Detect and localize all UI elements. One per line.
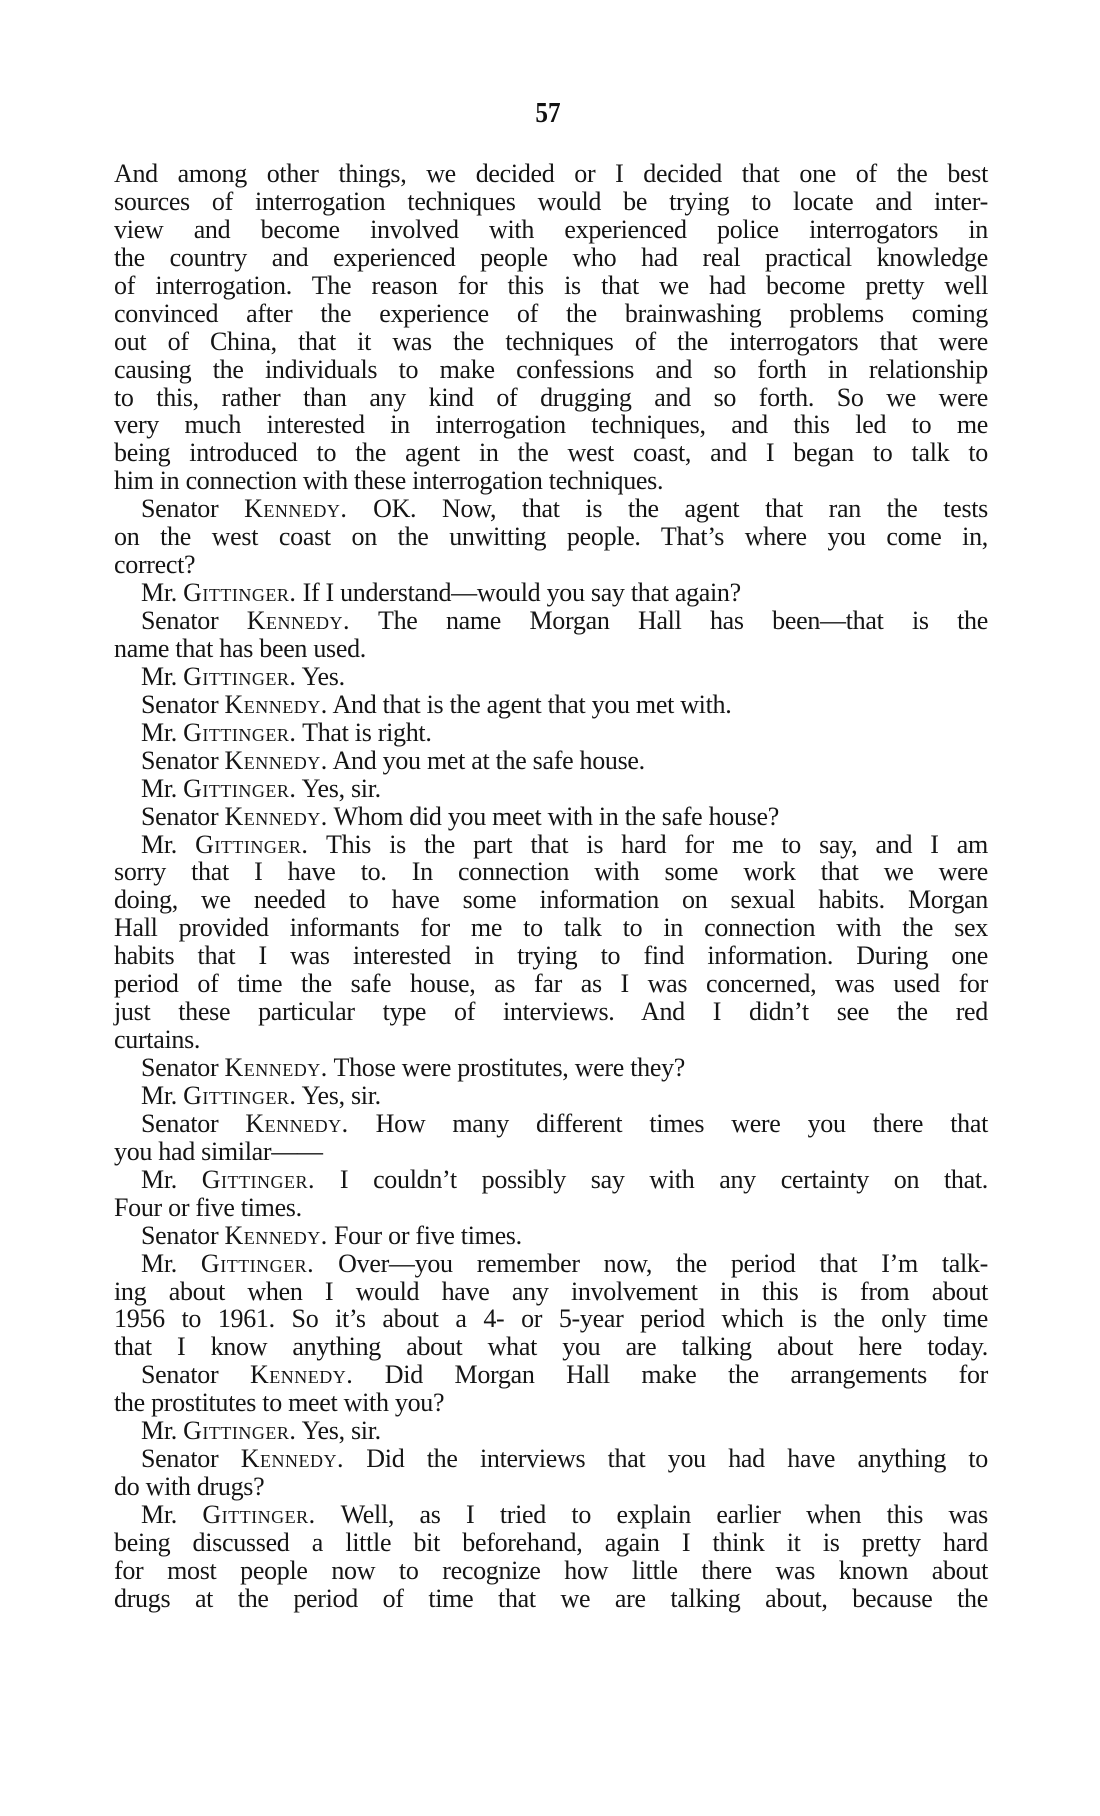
line-text: convinced after the experience of the br…: [114, 300, 988, 328]
line-text: very much interested in interrogation te…: [114, 411, 988, 439]
speaker-line: Senator Kennedy. Whom did you meet with …: [114, 803, 988, 831]
speaker-name: Kennedy.: [247, 606, 350, 635]
text-line: the country and experienced people who h…: [114, 244, 988, 272]
speaker-name: Kennedy.: [241, 1444, 344, 1473]
speaker-line: Mr. Gittinger. Yes, sir.: [114, 1417, 988, 1445]
document-page: 57 And among other things, we decided or…: [0, 0, 1100, 1816]
text-line: name that has been used.: [114, 635, 988, 663]
line-text: Four or five times.: [114, 1194, 988, 1222]
speech-text: Did the interviews that you had have any…: [344, 1444, 988, 1473]
speaker-title: Mr.: [141, 662, 183, 691]
text-line: just these particular type of interviews…: [114, 998, 988, 1026]
line-text: do with drugs?: [114, 1473, 988, 1501]
text-line: him in connection with these interrogati…: [114, 467, 988, 495]
speaker-title: Senator: [141, 802, 225, 831]
speaker-line: Mr. Gittinger. This is the part that is …: [114, 831, 988, 859]
text-line: on the west coast on the unwitting peopl…: [114, 523, 988, 551]
line-text: you had similar——: [114, 1138, 988, 1166]
speaker-line: Senator Kennedy. And you met at the safe…: [114, 747, 988, 775]
speaker-name: Kennedy.: [225, 746, 328, 775]
line-text: ing about when I would have any involvem…: [114, 1278, 988, 1306]
speaker-title: Senator: [141, 1053, 225, 1082]
speech-text: And you met at the safe house.: [328, 746, 645, 775]
line-text: curtains.: [114, 1026, 988, 1054]
speaker-line: Mr. Gittinger. Yes, sir.: [114, 1082, 988, 1110]
speaker-name: Gittinger.: [183, 578, 296, 607]
speaker-name: Kennedy.: [244, 494, 347, 523]
speaker-name: Gittinger.: [183, 774, 296, 803]
speaker-name: Kennedy.: [225, 690, 328, 719]
text-line: And among other things, we decided or I …: [114, 160, 988, 188]
line-text: causing the individuals to make confessi…: [114, 356, 988, 384]
speech-text: And that is the agent that you met with.: [328, 690, 732, 719]
line-text: to this, rather than any kind of druggin…: [114, 384, 988, 412]
speech-text: Yes, sir.: [296, 1416, 380, 1445]
line-text: out of China, that it was the techniques…: [114, 328, 988, 356]
line-text: drugs at the period of time that we are …: [114, 1585, 988, 1613]
speaker-title: Mr.: [141, 1081, 183, 1110]
text-line: very much interested in interrogation te…: [114, 411, 988, 439]
transcript-body: And among other things, we decided or I …: [114, 160, 988, 1613]
line-text: 1956 to 1961. So it’s about a 4- or 5-ye…: [114, 1305, 988, 1333]
page-number: 57: [505, 98, 591, 130]
text-line: you had similar——: [114, 1138, 988, 1166]
line-text: view and become involved with experience…: [114, 216, 988, 244]
speaker-title: Mr.: [141, 718, 183, 747]
line-text: And among other things, we decided or I …: [114, 160, 988, 188]
speech-text: That is right.: [296, 718, 431, 747]
speech-text: Did Morgan Hall make the arrangements fo…: [353, 1360, 988, 1389]
text-line: period of time the safe house, as far as…: [114, 970, 988, 998]
speech-text: Whom did you meet with in the safe house…: [328, 802, 779, 831]
speaker-line: Senator Kennedy. OK. Now, that is the ag…: [114, 495, 988, 523]
speaker-line: Mr. Gittinger. Over—you remember now, th…: [114, 1250, 988, 1278]
speaker-line: Senator Kennedy. The name Morgan Hall ha…: [114, 607, 988, 635]
speech-text: If I understand—would you say that again…: [296, 578, 740, 607]
speech-text: Yes.: [296, 662, 344, 691]
speaker-line: Mr. Gittinger. I couldn’t possibly say w…: [114, 1166, 988, 1194]
line-text: name that has been used.: [114, 635, 988, 663]
text-line: Hall provided informants for me to talk …: [114, 914, 988, 942]
text-line: being discussed a little bit beforehand,…: [114, 1529, 988, 1557]
speech-text: The name Morgan Hall has been—that is th…: [350, 606, 988, 635]
text-line: habits that I was interested in trying t…: [114, 942, 988, 970]
text-line: being introduced to the agent in the wes…: [114, 439, 988, 467]
speaker-name: Gittinger.: [202, 1500, 315, 1529]
speaker-name: Gittinger.: [183, 1081, 296, 1110]
speaker-name: Kennedy.: [250, 1360, 353, 1389]
speech-text: Over—you remember now, the period that I…: [314, 1249, 988, 1278]
text-line: curtains.: [114, 1026, 988, 1054]
speaker-line: Senator Kennedy. Did the interviews that…: [114, 1445, 988, 1473]
speaker-name: Gittinger.: [183, 1416, 296, 1445]
speaker-line: Senator Kennedy. Four or five times.: [114, 1222, 988, 1250]
speech-text: OK. Now, that is the agent that ran the …: [347, 494, 988, 523]
speaker-name: Kennedy.: [225, 1221, 328, 1250]
text-line: to this, rather than any kind of druggin…: [114, 384, 988, 412]
text-line: out of China, that it was the techniques…: [114, 328, 988, 356]
speaker-title: Mr.: [141, 578, 183, 607]
line-text: him in connection with these interrogati…: [114, 467, 988, 495]
speech-text: I couldn’t possibly say with any certain…: [315, 1165, 988, 1194]
speaker-name: Kennedy.: [245, 1109, 348, 1138]
text-line: sorry that I have to. In connection with…: [114, 858, 988, 886]
line-text: of interrogation. The reason for this is…: [114, 272, 988, 300]
speaker-name: Gittinger.: [183, 718, 296, 747]
speaker-line: Mr. Gittinger. If I understand—would you…: [114, 579, 988, 607]
line-text: being introduced to the agent in the wes…: [114, 439, 988, 467]
text-line: convinced after the experience of the br…: [114, 300, 988, 328]
speaker-title: Mr.: [141, 774, 183, 803]
line-text: sorry that I have to. In connection with…: [114, 858, 988, 886]
speaker-title: Senator: [141, 1444, 241, 1473]
text-line: correct?: [114, 551, 988, 579]
line-text: Hall provided informants for me to talk …: [114, 914, 988, 942]
speaker-line: Mr. Gittinger. Well, as I tried to expla…: [114, 1501, 988, 1529]
text-line: for most people now to recognize how lit…: [114, 1557, 988, 1585]
text-line: doing, we needed to have some informatio…: [114, 886, 988, 914]
speaker-name: Kennedy.: [225, 1053, 328, 1082]
line-text: the prostitutes to meet with you?: [114, 1389, 988, 1417]
speaker-title: Senator: [141, 690, 225, 719]
speaker-name: Gittinger.: [202, 1165, 315, 1194]
line-text: that I know anything about what you are …: [114, 1333, 988, 1361]
line-text: being discussed a little bit beforehand,…: [114, 1529, 988, 1557]
text-line: causing the individuals to make confessi…: [114, 356, 988, 384]
text-line: drugs at the period of time that we are …: [114, 1585, 988, 1613]
speaker-title: Senator: [141, 606, 247, 635]
speech-text: Yes, sir.: [296, 774, 380, 803]
speech-text: Those were prostitutes, were they?: [328, 1053, 685, 1082]
text-line: sources of interrogation techniques woul…: [114, 188, 988, 216]
speaker-title: Mr.: [141, 1165, 202, 1194]
speaker-title: Mr.: [141, 1416, 183, 1445]
speaker-name: Gittinger.: [183, 662, 296, 691]
text-line: ing about when I would have any involvem…: [114, 1278, 988, 1306]
text-line: of interrogation. The reason for this is…: [114, 272, 988, 300]
speech-text: Four or five times.: [328, 1221, 522, 1250]
speaker-title: Mr.: [141, 830, 195, 859]
speaker-line: Mr. Gittinger. Yes.: [114, 663, 988, 691]
line-text: correct?: [114, 551, 988, 579]
speech-text: This is the part that is hard for me to …: [308, 830, 988, 859]
text-line: 1956 to 1961. So it’s about a 4- or 5-ye…: [114, 1305, 988, 1333]
speaker-title: Senator: [141, 1360, 250, 1389]
speaker-name: Gittinger.: [201, 1249, 314, 1278]
text-line: view and become involved with experience…: [114, 216, 988, 244]
text-line: the prostitutes to meet with you?: [114, 1389, 988, 1417]
line-text: just these particular type of interviews…: [114, 998, 988, 1026]
line-text: period of time the safe house, as far as…: [114, 970, 988, 998]
speech-text: Well, as I tried to explain earlier when…: [316, 1500, 988, 1529]
speaker-line: Senator Kennedy. And that is the agent t…: [114, 691, 988, 719]
speaker-name: Kennedy.: [225, 802, 328, 831]
text-line: that I know anything about what you are …: [114, 1333, 988, 1361]
text-line: Four or five times.: [114, 1194, 988, 1222]
speaker-title: Senator: [141, 746, 225, 775]
line-text: doing, we needed to have some informatio…: [114, 886, 988, 914]
speaker-title: Mr.: [141, 1249, 201, 1278]
speaker-line: Senator Kennedy. Those were prostitutes,…: [114, 1054, 988, 1082]
line-text: for most people now to recognize how lit…: [114, 1557, 988, 1585]
line-text: on the west coast on the unwitting peopl…: [114, 523, 988, 551]
speaker-title: Senator: [141, 494, 244, 523]
speaker-name: Gittinger.: [195, 830, 308, 859]
speaker-title: Mr.: [141, 1500, 202, 1529]
line-text: the country and experienced people who h…: [114, 244, 988, 272]
speaker-title: Senator: [141, 1109, 245, 1138]
line-text: habits that I was interested in trying t…: [114, 942, 988, 970]
speech-text: Yes, sir.: [296, 1081, 380, 1110]
speaker-line: Mr. Gittinger. That is right.: [114, 719, 988, 747]
speaker-line: Senator Kennedy. How many different time…: [114, 1110, 988, 1138]
speaker-title: Senator: [141, 1221, 225, 1250]
speaker-line: Senator Kennedy. Did Morgan Hall make th…: [114, 1361, 988, 1389]
line-text: sources of interrogation techniques woul…: [114, 188, 988, 216]
speaker-line: Mr. Gittinger. Yes, sir.: [114, 775, 988, 803]
text-line: do with drugs?: [114, 1473, 988, 1501]
speech-text: How many different times were you there …: [349, 1109, 988, 1138]
